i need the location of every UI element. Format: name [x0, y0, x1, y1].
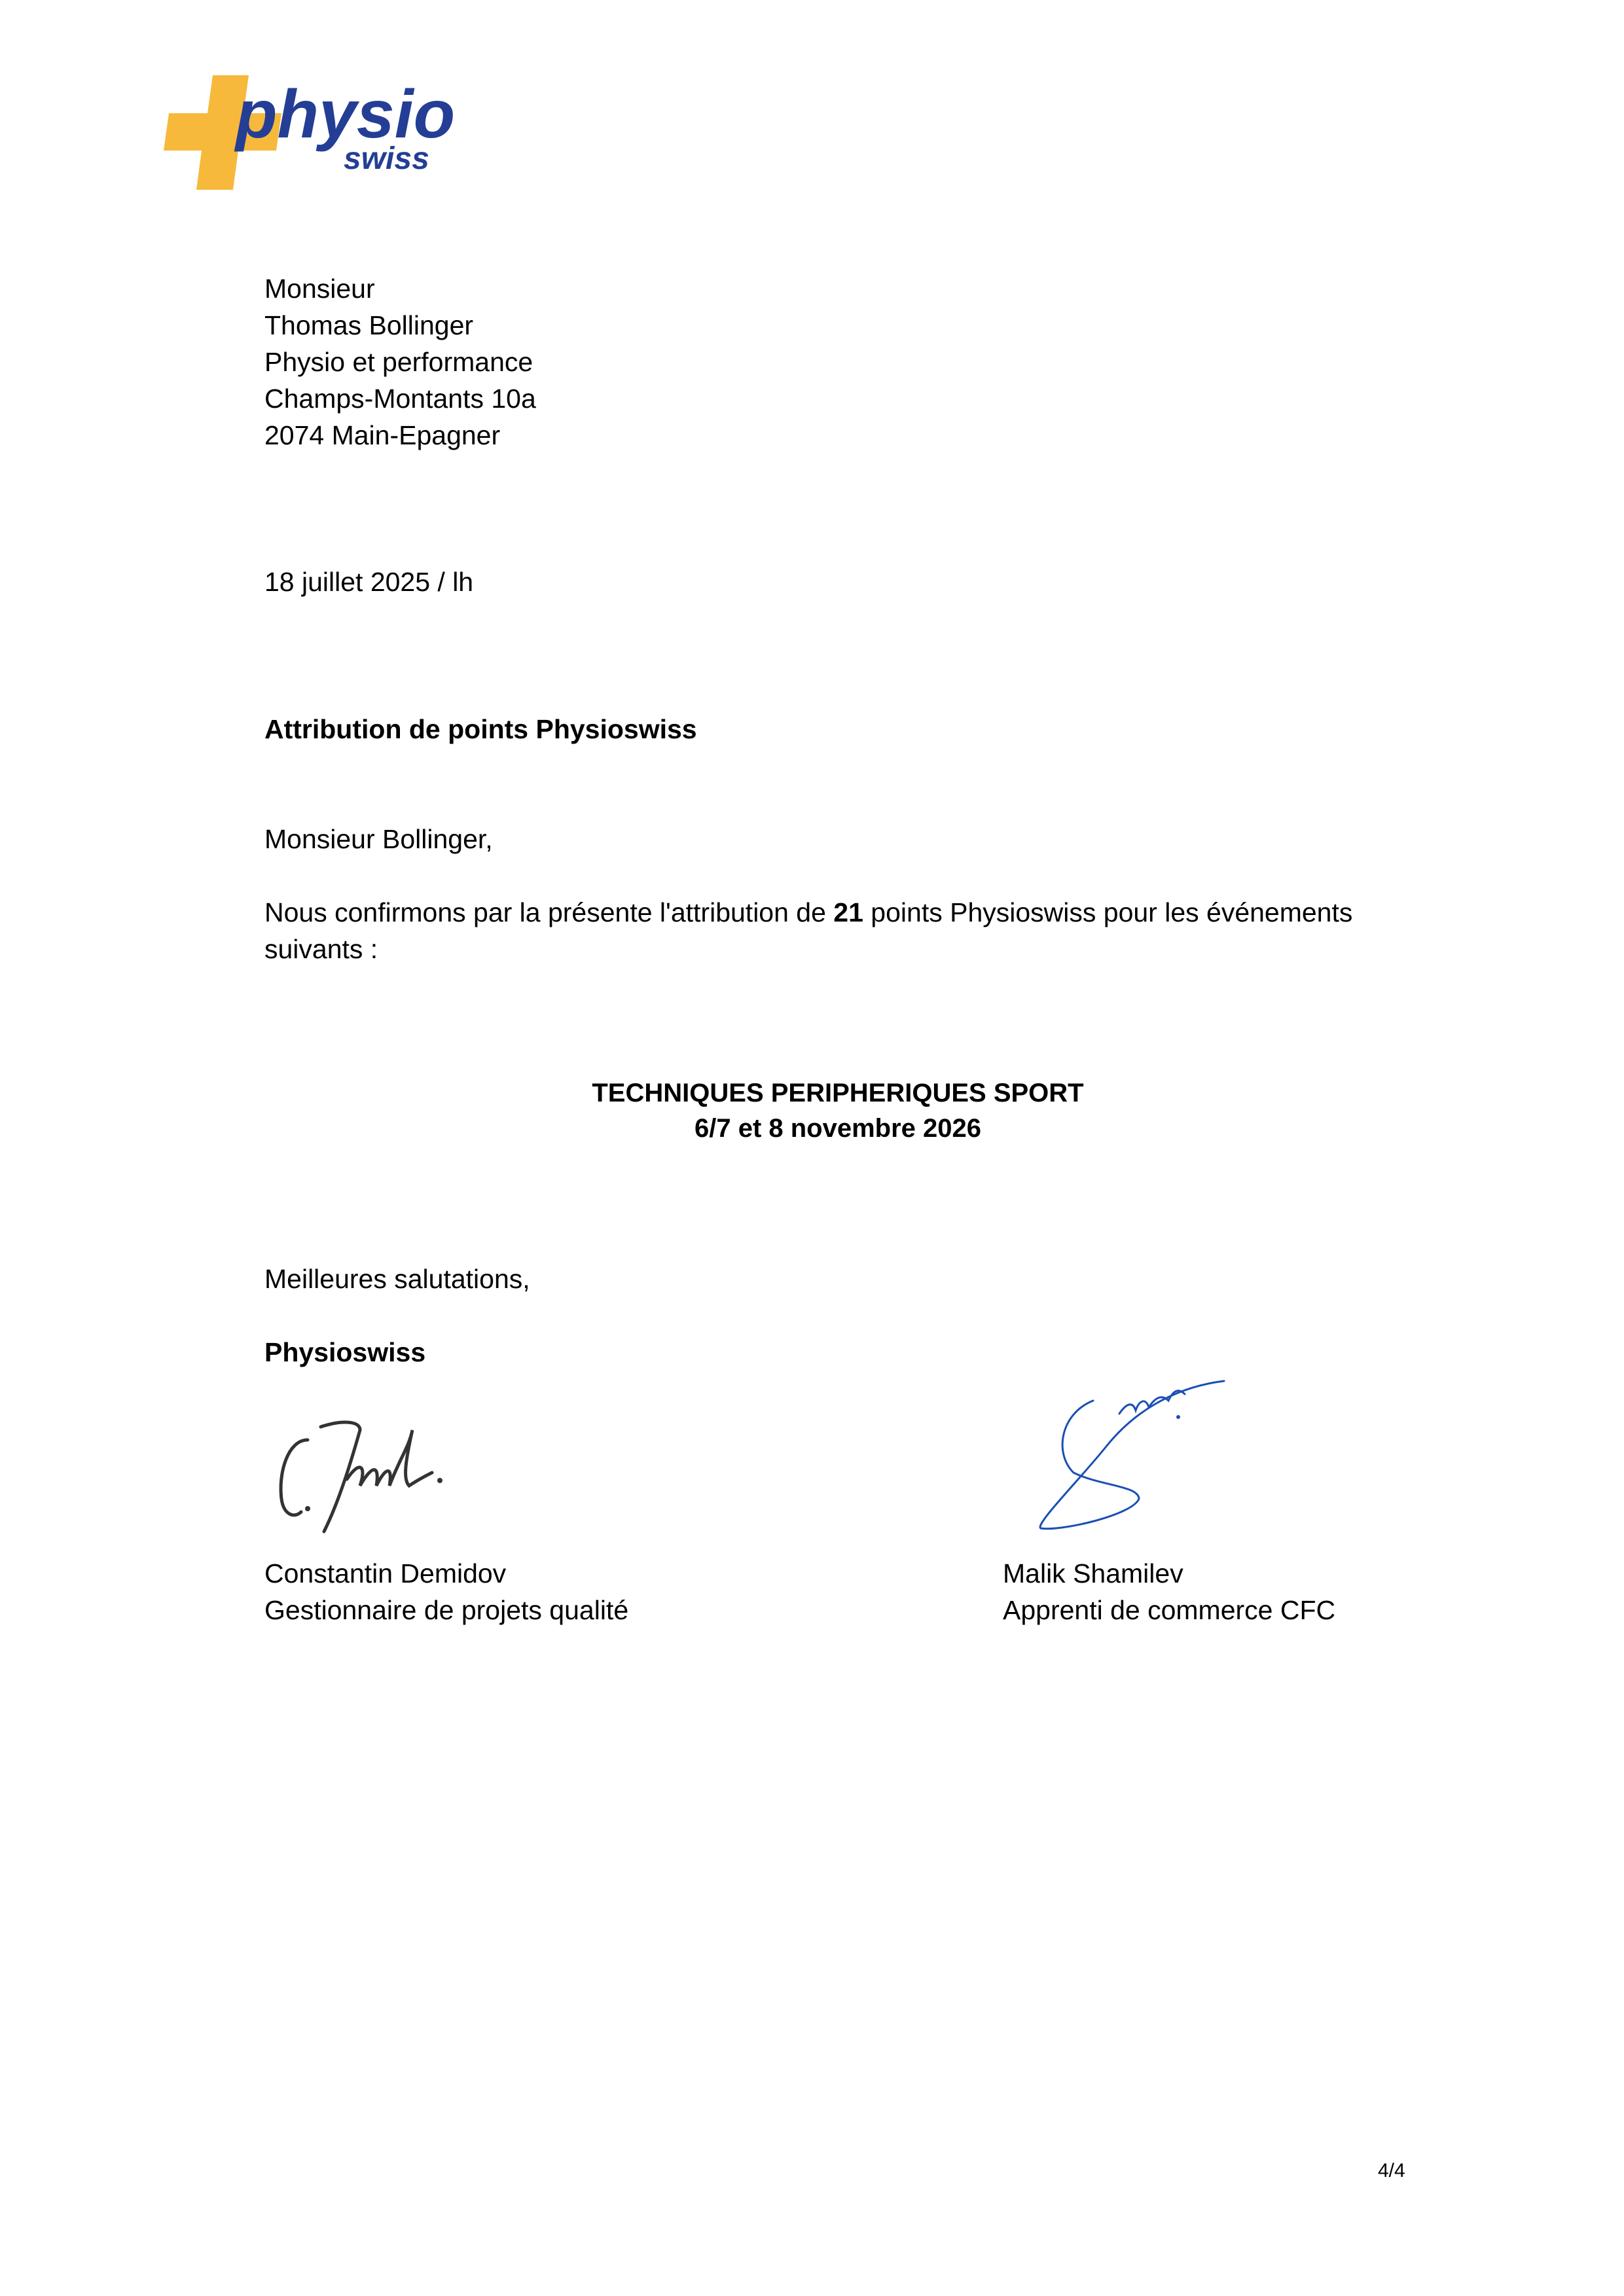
closing: Meilleures salutations, [264, 1261, 530, 1297]
signature-shamilev-icon [1021, 1374, 1244, 1545]
date-reference: 18 juillet 2025 / lh [264, 564, 473, 600]
event-dates: 6/7 et 8 novembre 2026 [0, 1114, 1624, 1143]
svg-text:swiss: swiss [344, 141, 429, 176]
signatory-1-name: Constantin Demidov [264, 1555, 506, 1592]
signature-demidov-icon [262, 1401, 511, 1545]
signatory-1-role: Gestionnaire de projets qualité [264, 1592, 628, 1628]
signatory-2-name: Malik Shamilev [1003, 1555, 1183, 1592]
body-line-1: Nous confirmons par la présente l'attrib… [264, 894, 1352, 931]
body-text-before: Nous confirmons par la présente l'attrib… [264, 897, 833, 927]
greeting: Monsieur Bollinger, [264, 821, 493, 857]
event-title: TECHNIQUES PERIPHERIQUES SPORT [0, 1079, 1624, 1108]
points-count: 21 [833, 897, 863, 927]
physioswiss-logo: physio swiss [160, 75, 461, 196]
page-number: 4/4 [1378, 2160, 1405, 2182]
recipient-street: Champs-Montants 10a [264, 380, 536, 417]
signatory-2-role: Apprenti de commerce CFC [1003, 1592, 1335, 1628]
recipient-name: Thomas Bollinger [264, 307, 473, 344]
recipient-city: 2074 Main-Epagner [264, 417, 500, 454]
body-line-2: suivants : [264, 931, 378, 967]
recipient-company: Physio et performance [264, 344, 533, 380]
organization-name: Physioswiss [264, 1334, 425, 1371]
letter-subject: Attribution de points Physioswiss [264, 711, 697, 747]
recipient-salutation: Monsieur [264, 270, 375, 307]
body-text-after: points Physioswiss pour les événements [863, 897, 1352, 927]
